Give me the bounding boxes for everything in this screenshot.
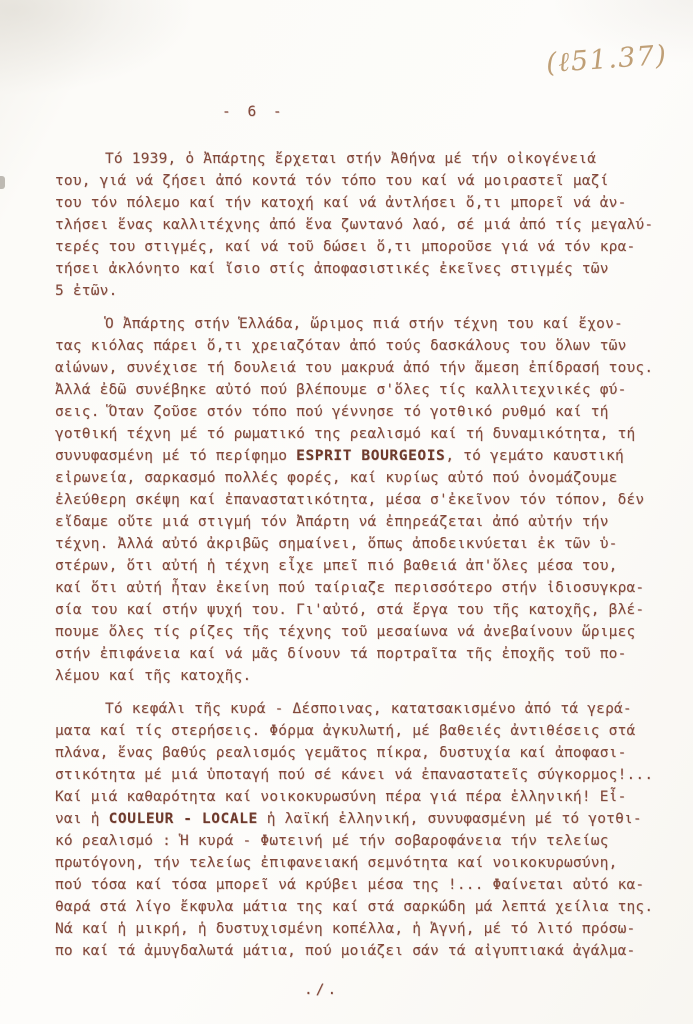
typewritten-page: (ℓ51.37) - 6 - Τό 1939, ὁ Ἀπάρτης ἔρχετα…: [0, 0, 693, 1024]
text-line: του τόν πόλεμο καί τήν κατοχή καί νά ἀντ…: [55, 192, 655, 214]
text-line: λέμου καί τῆς κατοχῆς.: [55, 665, 655, 687]
text-line: συνυφασμένη μέ τό περίφημο ESPRIT BOURGE…: [55, 445, 655, 467]
page-body: Τό 1939, ὁ Ἀπάρτης ἔρχεται στήν Ἀθήνα μέ…: [55, 148, 655, 973]
paragraph: Τό κεφάλι τῆς κυρά - Δέσποινας, κατατσακ…: [55, 698, 655, 962]
text-line: Νά καί ἡ μικρή, ἡ δυστυχισμένη κοπέλλα, …: [55, 918, 655, 940]
text-line: πρωτόγονη, τήν τελείως ἐπιφανειακή σεμνό…: [55, 852, 655, 874]
text-line: κό ρεαλισμό : Ἡ κυρά - Φωτεινή μέ τήν σο…: [55, 830, 655, 852]
paper-smudge: [0, 176, 5, 189]
text-line: τέχνη. Ἀλλά αὐτό ἀκριβῶς σημαίνει, ὅπως …: [55, 533, 655, 555]
text-line: ἐλεύθερη σκέψη καί ἐπαναστατικότητα, μέσ…: [55, 489, 655, 511]
text-line: πουμε ὅλες τίς ρίζες τῆς τέχνης τοῦ μεσα…: [55, 621, 655, 643]
text-line: Ὁ Ἀπάρτης στήν Ἑλλάδα, ὥριμος πιά στήν τ…: [55, 313, 655, 335]
text-line: εἴδαμε οὔτε μιά στιγμή τόν Ἀπάρτη νά ἐπη…: [55, 511, 655, 533]
text-line: στέρων, ὅτι αὐτή ἡ τέχνη εἶχε μπεῖ πιό β…: [55, 555, 655, 577]
text-line: Τό 1939, ὁ Ἀπάρτης ἔρχεται στήν Ἀθήνα μέ…: [55, 148, 655, 170]
text-line: Τό κεφάλι τῆς κυρά - Δέσποινας, κατατσακ…: [55, 698, 655, 720]
text-line: Καί μιά καθαρότητα καί νοικοκυρωσύνη πέρ…: [55, 786, 655, 808]
text-line: καί ὅτι αὐτή ἦταν ἐκείνη πού ταίριαζε πε…: [55, 577, 655, 599]
text-line: τερές του στιγμές, καί νά τοῦ δώσει ὅ,τι…: [55, 236, 655, 258]
text-line: τήσει ἀκλόνητο καί ἴσιο στίς ἀποφασιστικ…: [55, 258, 655, 280]
text-line: πο καί τά ἀμυγδαλωτά μάτια, πού μοιάζει …: [55, 940, 655, 962]
text-line: τας κιόλας πάρει ὅ,τι χρειαζόταν ἀπό τού…: [55, 335, 655, 357]
continuation-mark: ./.: [304, 982, 339, 998]
text-line: Ἀλλά ἐδῶ συνέβηκε αὐτό πού βλέπουμε σ'ὅλ…: [55, 379, 655, 401]
text-line: εἰρωνεία, σαρκασμό πολλές φορές, καί κυρ…: [55, 467, 655, 489]
text-line: ναι ἡ COULEUR - LOCALE ἡ λαϊκή ἑλληνική,…: [55, 808, 655, 830]
paragraph: Τό 1939, ὁ Ἀπάρτης ἔρχεται στήν Ἀθήνα μέ…: [55, 148, 655, 302]
text-line: ματα καί τίς στερήσεις. Φόρμα ἀγκυλωτή, …: [55, 720, 655, 742]
text-line: πού τόσα καί τόσα μπορεῖ νά κρύβει μέσα …: [55, 874, 655, 896]
page-number: - 6 -: [222, 104, 286, 120]
paragraph: Ὁ Ἀπάρτης στήν Ἑλλάδα, ὥριμος πιά στήν τ…: [55, 313, 655, 687]
handwritten-annotation: (ℓ51.37): [545, 40, 668, 79]
text-line: τλήσει ἕνας καλλιτέχνης ἀπό ἕνα ζωντανό …: [55, 214, 655, 236]
text-line: γοτθική τέχνη μέ τό ρωματικό της ρεαλισμ…: [55, 423, 655, 445]
text-line: σία του καί στήν ψυχή του. Γι'αὐτό, στά …: [55, 599, 655, 621]
text-line: 5 ἐτῶν.: [55, 280, 655, 302]
text-line: σεις. Ὅταν ζοῦσε στόν τόπο πού γέννησε τ…: [55, 401, 655, 423]
text-line: πλάνα, ἕνας βαθύς ρεαλισμός γεμᾶτος πίκρ…: [55, 742, 655, 764]
text-line: στικότητα μέ μιά ὑποταγή πού σέ κάνει νά…: [55, 764, 655, 786]
text-line: στήν ἐπιφάνεια καί νά μᾶς δίνουν τά πορτ…: [55, 643, 655, 665]
text-line: θαρά στά λίγο ἔκφυλα μάτια της καί στά σ…: [55, 896, 655, 918]
text-line: του, γιά νά ζήσει ἀπό κοντά τόν τόπο του…: [55, 170, 655, 192]
text-line: αἰώνων, συνέχισε τή δουλειά του μακρυά ἀ…: [55, 357, 655, 379]
